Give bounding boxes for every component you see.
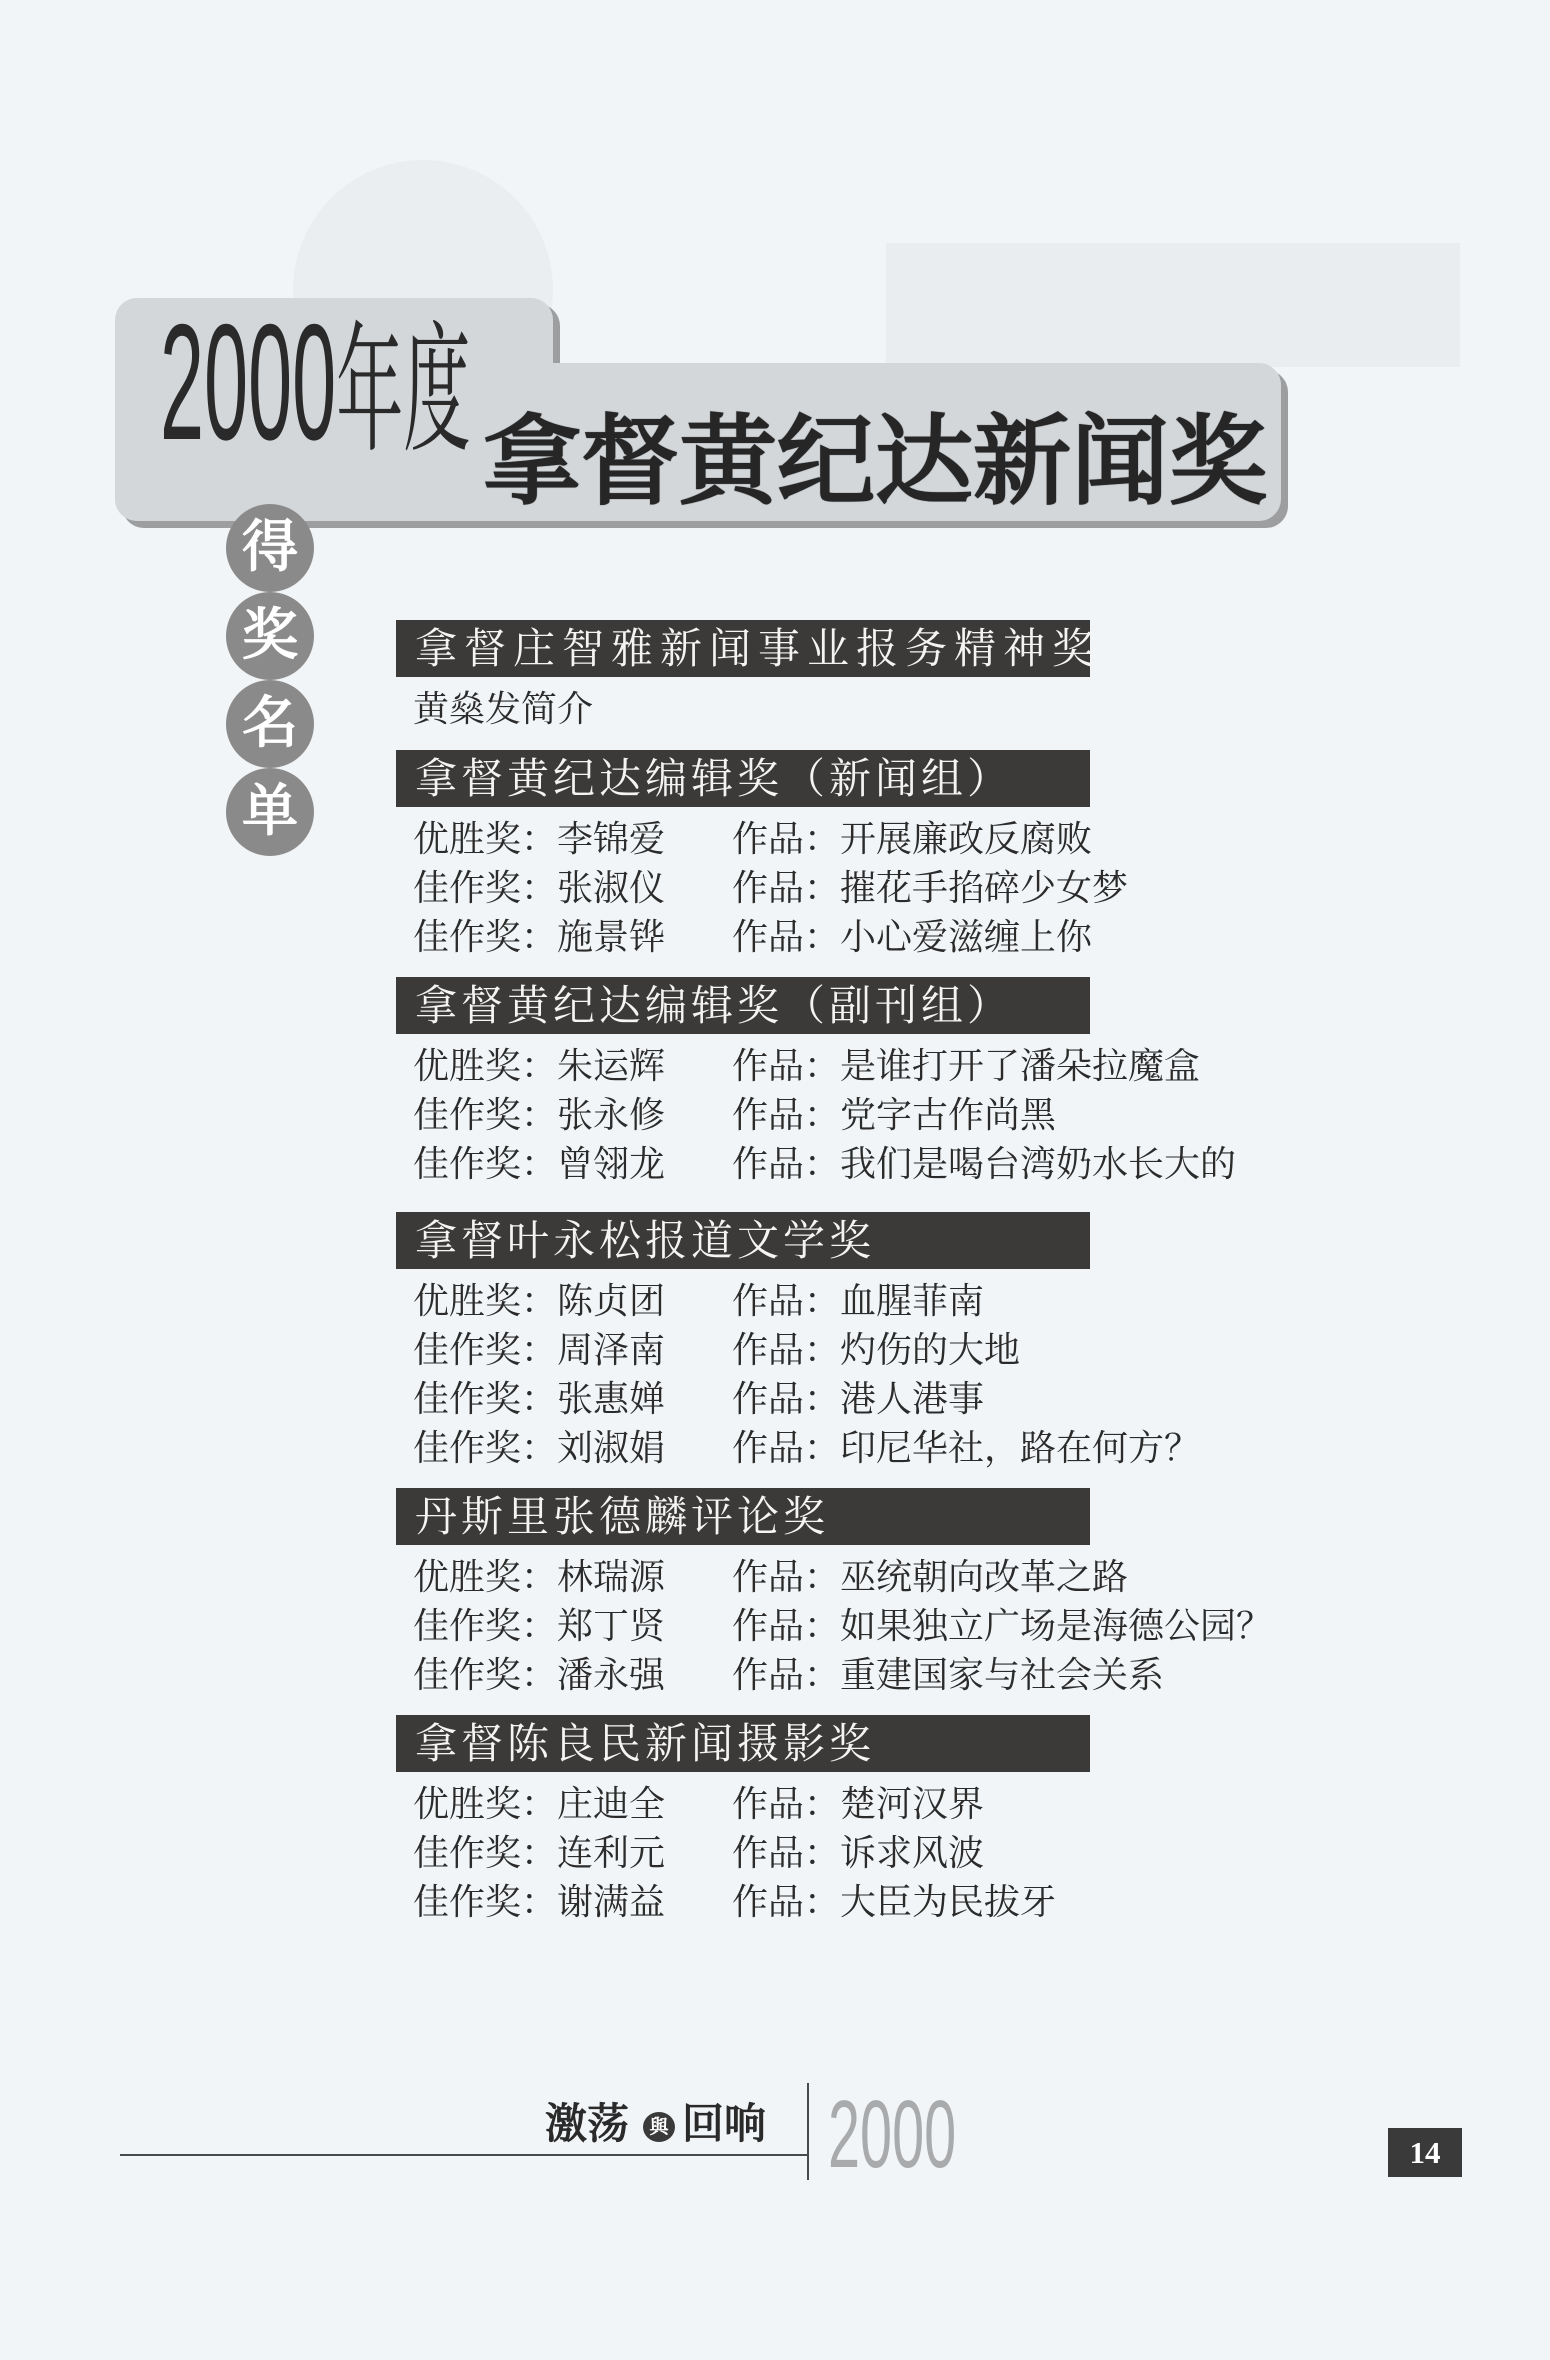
award-rows: 优胜奖：林瑞源 作品：巫统朝向改革之路 佳作奖：郑丁贤 作品：如果独立广场是海德… (396, 1553, 1090, 1700)
award-recipient: 佳作奖：刘淑娟 (413, 1424, 665, 1473)
award-heading: 拿督黄纪达编辑奖（副刊组） (396, 977, 1090, 1034)
page-number: 14 (1388, 2128, 1462, 2177)
colon: ： (521, 1428, 557, 1469)
work-label: 作品 (732, 1095, 804, 1136)
recipient-name: 张淑仪 (557, 868, 665, 909)
work-label: 作品 (732, 1882, 804, 1923)
recipient-name: 潘永强 (557, 1655, 665, 1696)
prize-label: 佳作奖 (413, 1428, 521, 1469)
work-label: 作品 (732, 1557, 804, 1598)
colon: ： (521, 1144, 557, 1185)
award-row: 佳作奖：张惠婵 作品：港人港事 (396, 1375, 1090, 1424)
prize-label: 优胜奖 (413, 1281, 521, 1322)
award-work: 作品：巫统朝向改革之路 (732, 1553, 1128, 1602)
award-work: 作品：港人港事 (732, 1375, 984, 1424)
award-row: 优胜奖：庄迪全 作品：楚河汉界 (396, 1780, 1090, 1829)
side-label-char: 单 (226, 768, 314, 856)
prize-label: 佳作奖 (413, 1833, 521, 1874)
colon: ： (804, 1784, 840, 1825)
award-work: 作品：党字古作尚黑 (732, 1091, 1056, 1140)
recipient-name: 曾翎龙 (557, 1144, 665, 1185)
colon: ： (521, 868, 557, 909)
award-work: 作品：如果独立广场是海德公园？ (732, 1602, 1272, 1651)
award-rows: 优胜奖：陈贞团 作品：血腥菲南 佳作奖：周泽南 作品：灼伤的大地 佳作奖：张惠婵… (396, 1277, 1090, 1473)
award-row: 优胜奖：朱运辉 作品：是谁打开了潘朵拉魔盒 (396, 1042, 1090, 1091)
colon: ： (804, 1281, 840, 1322)
work-label: 作品 (732, 1606, 804, 1647)
recipient-name: 李锦爱 (557, 819, 665, 860)
work-title: 巫统朝向改革之路 (840, 1557, 1128, 1598)
recipient-name: 刘淑娟 (557, 1428, 665, 1469)
work-title: 港人港事 (840, 1379, 984, 1420)
colon: ： (804, 868, 840, 909)
award-row: 佳作奖：张永修 作品：党字古作尚黑 (396, 1091, 1090, 1140)
colon: ： (521, 1784, 557, 1825)
colon: ： (521, 1281, 557, 1322)
award-work: 作品：诉求风波 (732, 1829, 984, 1878)
recipient-name: 郑丁贤 (557, 1606, 665, 1647)
award-section: 拿督黄纪达编辑奖（新闻组） 优胜奖：李锦爱 作品：开展廉政反腐败 佳作奖：张淑仪… (396, 750, 1090, 962)
prize-label: 佳作奖 (413, 1095, 521, 1136)
colon: ： (804, 1428, 840, 1469)
colon: ： (521, 917, 557, 958)
award-recipient: 佳作奖：连利元 (413, 1829, 665, 1878)
prize-label: 优胜奖 (413, 819, 521, 860)
work-title: 党字古作尚黑 (840, 1095, 1056, 1136)
recipient-name: 林瑞源 (557, 1557, 665, 1598)
award-recipient: 优胜奖：庄迪全 (413, 1780, 665, 1829)
recipient-name: 朱运辉 (557, 1046, 665, 1087)
work-title: 楚河汉界 (840, 1784, 984, 1825)
prize-label: 佳作奖 (413, 1144, 521, 1185)
work-title: 血腥菲南 (840, 1281, 984, 1322)
page-title: 拿督黄纪达新闻奖 (483, 413, 1267, 511)
footer-divider (807, 2083, 809, 2180)
award-work: 作品：开展廉政反腐败 (732, 815, 1092, 864)
colon: ： (521, 1655, 557, 1696)
recipient-name: 张惠婵 (557, 1379, 665, 1420)
recipient-name: 连利元 (557, 1833, 665, 1874)
footer-title-left: 激荡 (545, 2100, 629, 2148)
footer-title-right: 回响 (682, 2100, 766, 2148)
award-recipient: 佳作奖：张惠婵 (413, 1375, 665, 1424)
work-label: 作品 (732, 1379, 804, 1420)
colon: ： (804, 1882, 840, 1923)
award-rows: 优胜奖：朱运辉 作品：是谁打开了潘朵拉魔盒 佳作奖：张永修 作品：党字古作尚黑 … (396, 1042, 1090, 1189)
work-label: 作品 (732, 1144, 804, 1185)
award-section: 拿督叶永松报道文学奖 优胜奖：陈贞团 作品：血腥菲南 佳作奖：周泽南 作品：灼伤… (396, 1212, 1090, 1473)
prize-label: 优胜奖 (413, 1557, 521, 1598)
award-heading: 拿督叶永松报道文学奖 (396, 1212, 1090, 1269)
award-row: 优胜奖：林瑞源 作品：巫统朝向改革之路 (396, 1553, 1090, 1602)
award-recipient: 佳作奖：谢满益 (413, 1878, 665, 1927)
work-title: 灼伤的大地 (840, 1330, 1020, 1371)
recipient-profile-text: 黄燊发简介 (413, 685, 593, 734)
award-work: 作品：我们是喝台湾奶水长大的 (732, 1140, 1236, 1189)
work-title: 摧花手掐碎少女梦 (840, 868, 1128, 909)
award-recipient: 优胜奖：陈贞团 (413, 1277, 665, 1326)
recipient-name: 施景铧 (557, 917, 665, 958)
award-row: 优胜奖：李锦爱 作品：开展廉政反腐败 (396, 815, 1090, 864)
award-work: 作品：楚河汉界 (732, 1780, 984, 1829)
colon: ： (521, 1095, 557, 1136)
recipient-name: 张永修 (557, 1095, 665, 1136)
award-recipient: 优胜奖：李锦爱 (413, 815, 665, 864)
colon: ： (521, 1046, 557, 1087)
prize-label: 优胜奖 (413, 1784, 521, 1825)
footer-year: 2000 (828, 2087, 956, 2183)
side-label-char: 得 (226, 504, 314, 592)
award-row: 佳作奖：谢满益 作品：大臣为民拔牙 (396, 1878, 1090, 1927)
award-rows: 优胜奖：庄迪全 作品：楚河汉界 佳作奖：连利元 作品：诉求风波 佳作奖：谢满益 … (396, 1780, 1090, 1927)
colon: ： (804, 1655, 840, 1696)
award-rows: 黄燊发简介 (396, 685, 1090, 734)
award-recipient: 佳作奖：张永修 (413, 1091, 665, 1140)
award-work: 作品：重建国家与社会关系 (732, 1651, 1164, 1700)
award-row: 黄燊发简介 (396, 685, 1090, 734)
colon: ： (804, 1144, 840, 1185)
award-recipient: 佳作奖：潘永强 (413, 1651, 665, 1700)
colon: ： (521, 819, 557, 860)
award-row: 佳作奖：张淑仪 作品：摧花手掐碎少女梦 (396, 864, 1090, 913)
award-heading: 拿督黄纪达编辑奖（新闻组） (396, 750, 1090, 807)
recipient-name: 陈贞团 (557, 1281, 665, 1322)
colon: ： (804, 1046, 840, 1087)
prize-label: 佳作奖 (413, 917, 521, 958)
work-label: 作品 (732, 1281, 804, 1322)
title-year-suffix: 年度 (336, 310, 470, 473)
prize-label: 佳作奖 (413, 1379, 521, 1420)
award-work: 作品：小心爱滋缠上你 (732, 913, 1092, 962)
award-recipient: 佳作奖：周泽南 (413, 1326, 665, 1375)
colon: ： (521, 1882, 557, 1923)
side-label-char: 名 (226, 680, 314, 768)
work-label: 作品 (732, 868, 804, 909)
award-row: 优胜奖：陈贞团 作品：血腥菲南 (396, 1277, 1090, 1326)
award-work: 作品：血腥菲南 (732, 1277, 984, 1326)
work-title: 大臣为民拔牙 (840, 1882, 1056, 1923)
award-row: 佳作奖：周泽南 作品：灼伤的大地 (396, 1326, 1090, 1375)
footer-connector-badge: 與 (643, 2112, 675, 2142)
award-recipient: 优胜奖：林瑞源 (413, 1553, 665, 1602)
work-label: 作品 (732, 1046, 804, 1087)
title-year: 2000年度 (160, 300, 471, 465)
work-title: 诉求风波 (840, 1833, 984, 1874)
prize-label: 佳作奖 (413, 1655, 521, 1696)
footer-rule (120, 2154, 808, 2156)
work-label: 作品 (732, 819, 804, 860)
colon: ： (804, 1330, 840, 1371)
work-title: 我们是喝台湾奶水长大的 (840, 1144, 1236, 1185)
award-section: 拿督黄纪达编辑奖（副刊组） 优胜奖：朱运辉 作品：是谁打开了潘朵拉魔盒 佳作奖：… (396, 977, 1090, 1189)
title-year-number: 2000 (160, 290, 336, 474)
colon: ： (521, 1330, 557, 1371)
colon: ： (521, 1379, 557, 1420)
work-label: 作品 (732, 1330, 804, 1371)
award-work: 作品：印尼华社，路在何方？ (732, 1424, 1200, 1473)
award-rows: 优胜奖：李锦爱 作品：开展廉政反腐败 佳作奖：张淑仪 作品：摧花手掐碎少女梦 佳… (396, 815, 1090, 962)
award-heading: 拿督庄智雅新闻事业报务精神奖 (396, 620, 1090, 677)
award-row: 佳作奖：曾翎龙 作品：我们是喝台湾奶水长大的 (396, 1140, 1090, 1189)
colon: ： (804, 1606, 840, 1647)
colon: ： (804, 1095, 840, 1136)
award-work: 作品：灼伤的大地 (732, 1326, 1020, 1375)
colon: ： (521, 1557, 557, 1598)
award-recipient: 佳作奖：施景铧 (413, 913, 665, 962)
prize-label: 优胜奖 (413, 1046, 521, 1087)
recipient-name: 谢满益 (557, 1882, 665, 1923)
work-label: 作品 (732, 1833, 804, 1874)
work-label: 作品 (732, 1655, 804, 1696)
award-section: 拿督庄智雅新闻事业报务精神奖 黄燊发简介 (396, 620, 1090, 734)
prize-label: 佳作奖 (413, 1606, 521, 1647)
award-work: 作品：是谁打开了潘朵拉魔盒 (732, 1042, 1200, 1091)
work-title: 如果独立广场是海德公园？ (840, 1606, 1272, 1647)
award-section: 拿督陈良民新闻摄影奖 优胜奖：庄迪全 作品：楚河汉界 佳作奖：连利元 作品：诉求… (396, 1715, 1090, 1927)
work-title: 印尼华社，路在何方？ (840, 1428, 1200, 1469)
award-recipient: 佳作奖：郑丁贤 (413, 1602, 665, 1651)
prize-label: 佳作奖 (413, 868, 521, 909)
prize-label: 佳作奖 (413, 1330, 521, 1371)
award-row: 佳作奖：郑丁贤 作品：如果独立广场是海德公园？ (396, 1602, 1090, 1651)
side-label-char: 奖 (226, 592, 314, 680)
award-work: 作品：摧花手掐碎少女梦 (732, 864, 1128, 913)
recipient-name: 庄迪全 (557, 1784, 665, 1825)
print-bleed-block (886, 243, 1460, 367)
award-heading: 丹斯里张德麟评论奖 (396, 1488, 1090, 1545)
award-recipient: 佳作奖：曾翎龙 (413, 1140, 665, 1189)
award-row: 佳作奖：施景铧 作品：小心爱滋缠上你 (396, 913, 1090, 962)
prize-label: 佳作奖 (413, 1882, 521, 1923)
work-title: 开展廉政反腐败 (840, 819, 1092, 860)
award-work: 作品：大臣为民拔牙 (732, 1878, 1056, 1927)
colon: ： (521, 1833, 557, 1874)
work-label: 作品 (732, 1784, 804, 1825)
colon: ： (804, 819, 840, 860)
work-title: 小心爱滋缠上你 (840, 917, 1092, 958)
award-section: 丹斯里张德麟评论奖 优胜奖：林瑞源 作品：巫统朝向改革之路 佳作奖：郑丁贤 作品… (396, 1488, 1090, 1700)
colon: ： (804, 917, 840, 958)
work-title: 重建国家与社会关系 (840, 1655, 1164, 1696)
colon: ： (804, 1379, 840, 1420)
colon: ： (804, 1557, 840, 1598)
award-row: 佳作奖：刘淑娟 作品：印尼华社，路在何方？ (396, 1424, 1090, 1473)
colon: ： (804, 1833, 840, 1874)
award-row: 佳作奖：连利元 作品：诉求风波 (396, 1829, 1090, 1878)
colon: ： (521, 1606, 557, 1647)
work-label: 作品 (732, 1428, 804, 1469)
award-recipient: 佳作奖：张淑仪 (413, 864, 665, 913)
award-heading: 拿督陈良民新闻摄影奖 (396, 1715, 1090, 1772)
award-recipient: 优胜奖：朱运辉 (413, 1042, 665, 1091)
recipient-name: 周泽南 (557, 1330, 665, 1371)
work-title: 是谁打开了潘朵拉魔盒 (840, 1046, 1200, 1087)
award-row: 佳作奖：潘永强 作品：重建国家与社会关系 (396, 1651, 1090, 1700)
work-label: 作品 (732, 917, 804, 958)
